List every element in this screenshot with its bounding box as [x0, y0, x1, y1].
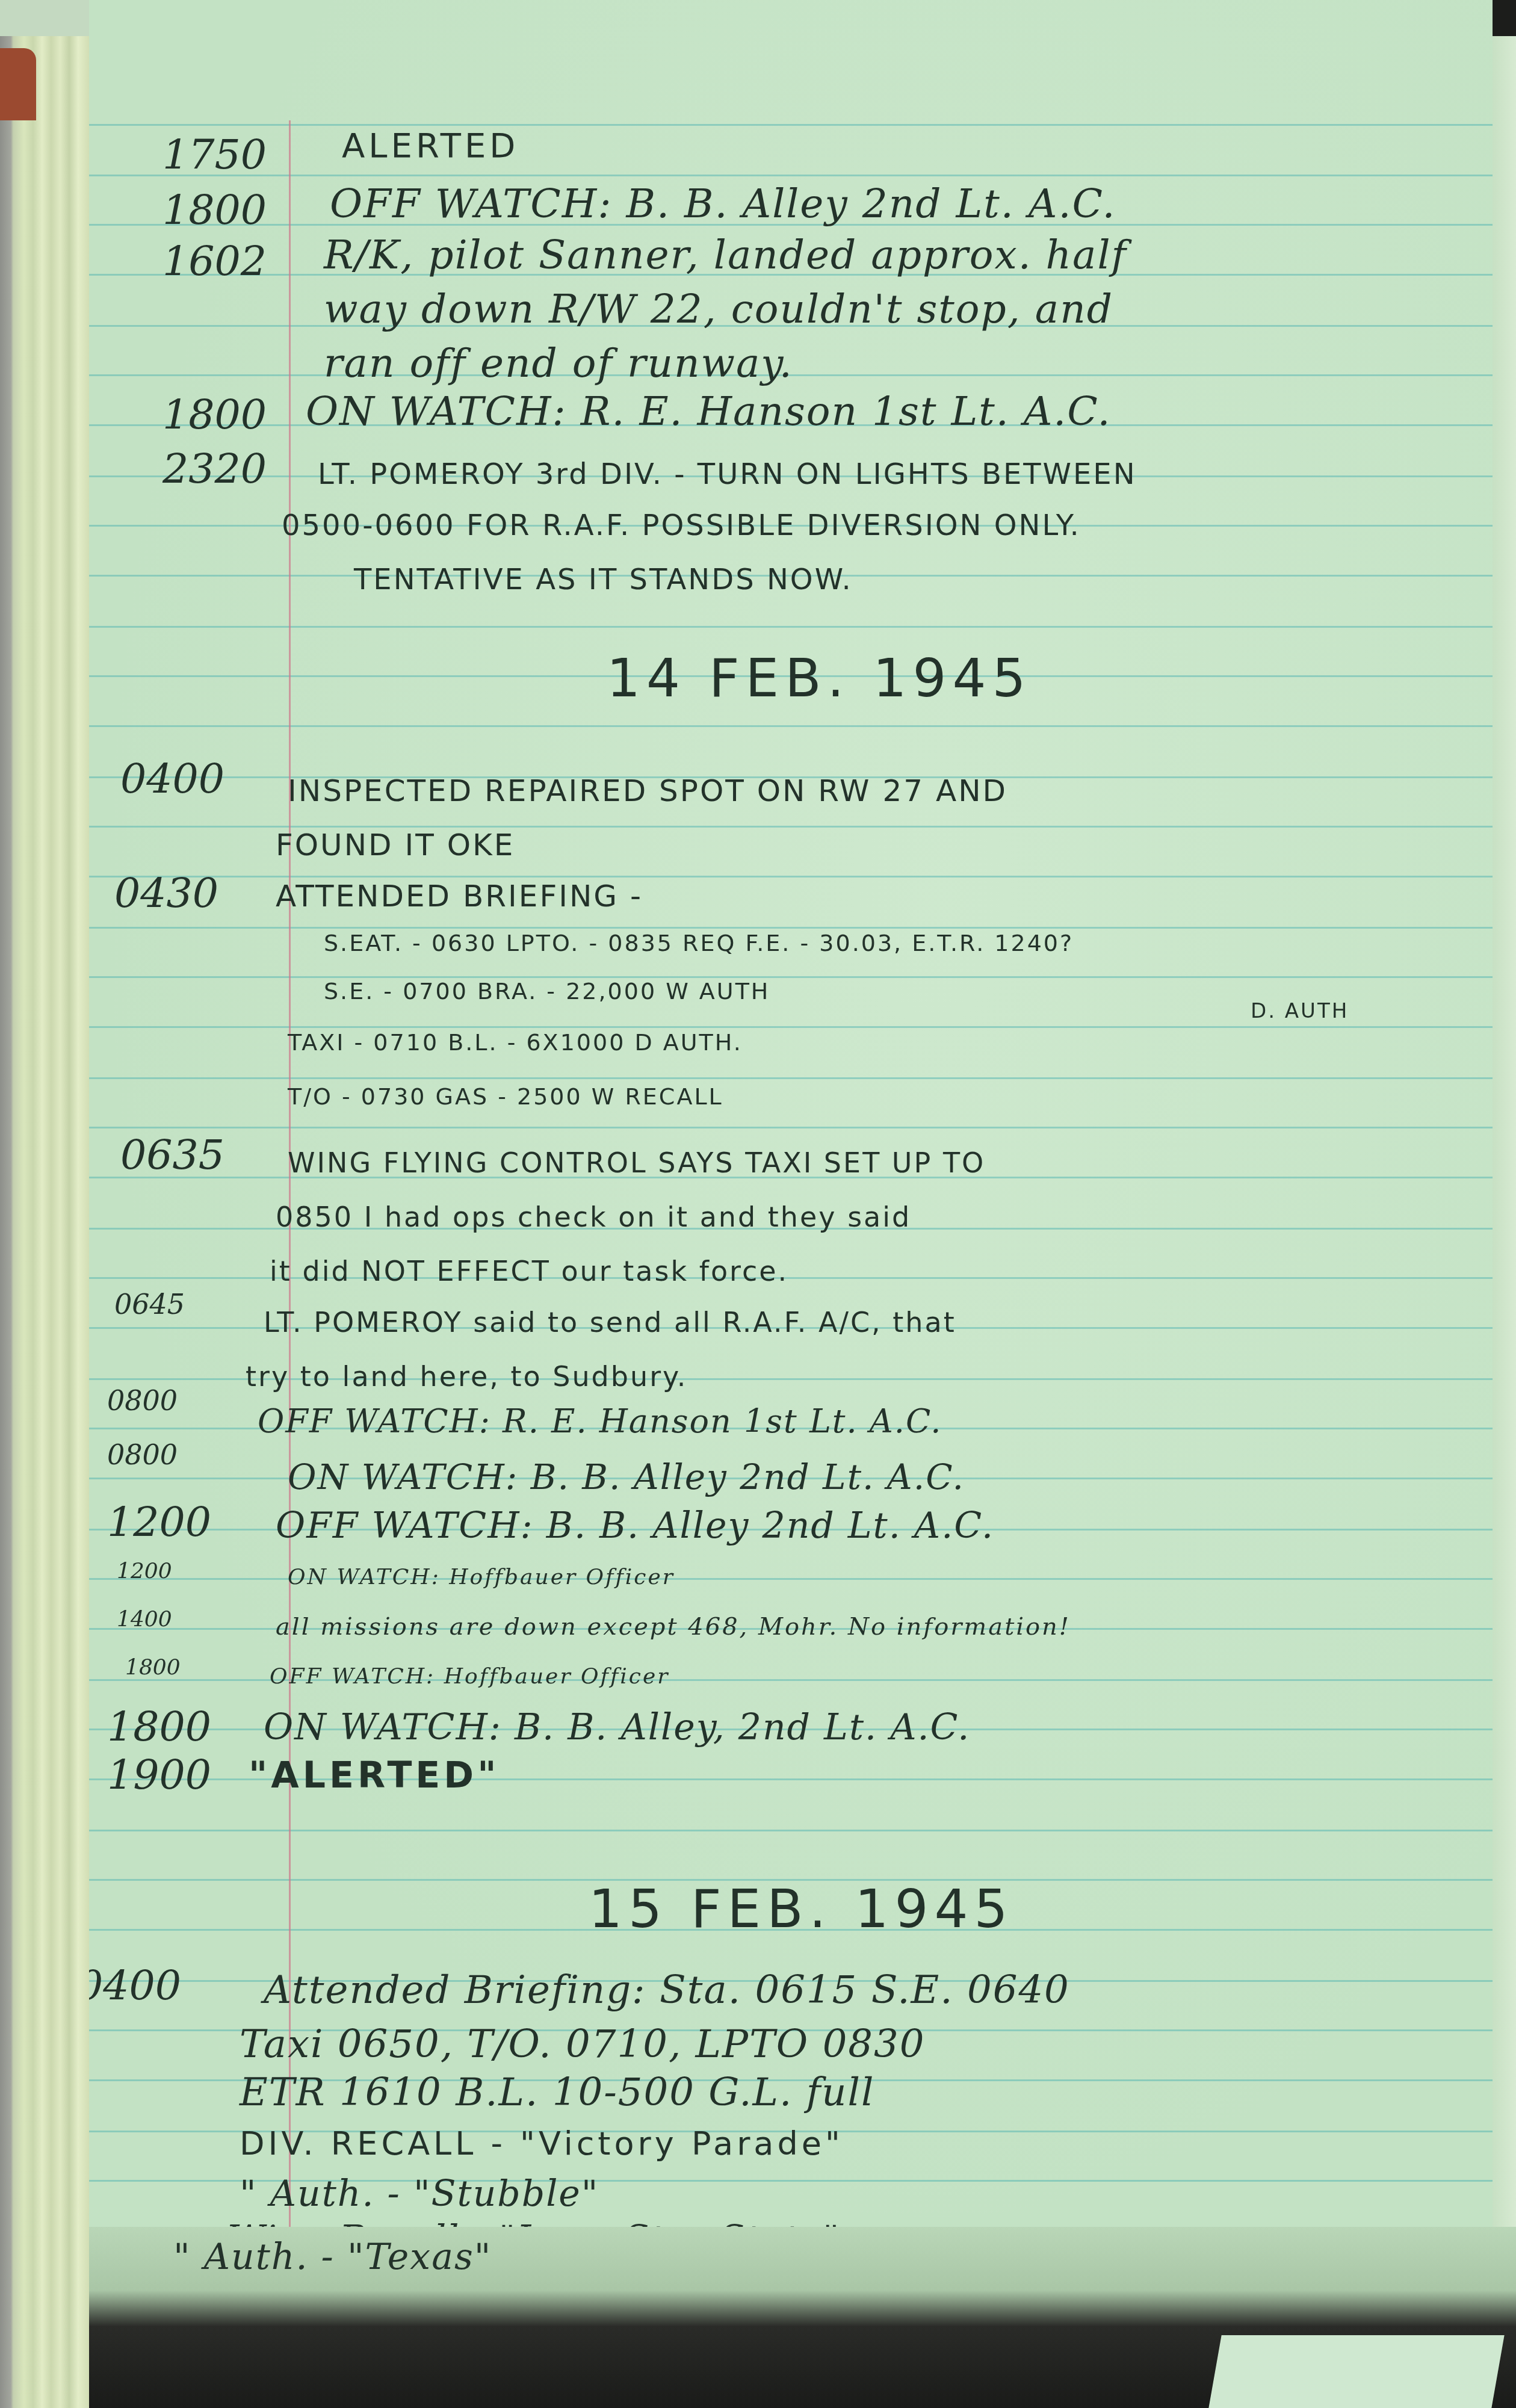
page-edges-left	[0, 36, 90, 2408]
date-heading: 15 FEB. 1945	[589, 1878, 1013, 1940]
entry-text: ON WATCH: B. B. Alley 2nd Lt. A.C.	[288, 1456, 965, 1497]
entry-text: ALERTED	[342, 126, 519, 166]
entry-text: LT. POMEROY said to send all R.A.F. A/C,…	[264, 1306, 956, 1339]
entry-text: try to land here, to Sudbury.	[246, 1360, 687, 1393]
ruled-line	[89, 876, 1493, 877]
log-page: 1750 ALERTED 1800 OFF WATCH: B. B. Alley…	[89, 0, 1493, 2251]
briefing-line: TAXI - 0710 B.L. - 6X1000 D AUTH.	[288, 1029, 743, 1056]
entry-text: ran off end of runway.	[324, 340, 793, 386]
entry-text: ON WATCH: Hoffbauer Officer	[288, 1565, 675, 1589]
loose-sheet-corner	[1208, 2335, 1504, 2408]
entry-time: 1602	[162, 238, 267, 285]
entry-text: ON WATCH: R. E. Hanson 1st Lt. A.C.	[306, 388, 1111, 435]
page-edges-right	[1491, 36, 1516, 2408]
entry-time: 0430	[114, 870, 218, 917]
ruled-line	[89, 1077, 1493, 1079]
entry-time: 1400	[117, 1607, 172, 1632]
entry-time: 2320	[162, 445, 267, 493]
entry-text: TENTATIVE AS IT STANDS NOW.	[354, 563, 853, 596]
entry-time: 1200	[107, 1499, 211, 1546]
entry-time: 0400	[120, 755, 224, 803]
ruled-line	[89, 1026, 1493, 1028]
entry-text: FOUND IT OKE	[276, 828, 515, 862]
entry-text: OFF WATCH: B. B. Alley 2nd Lt. A.C.	[276, 1505, 994, 1547]
entry-text: way down R/W 22, couldn't stop, and	[324, 286, 1113, 332]
entry-time: 0800	[107, 1438, 178, 1471]
margin-line	[289, 120, 291, 2251]
entry-time: 1800	[107, 1703, 211, 1751]
ruled-line	[89, 124, 1493, 126]
entry-text: Taxi 0650, T/O. 0710, LPTO 0830	[240, 2022, 926, 2067]
ruled-line	[89, 626, 1493, 628]
entry-text: "ALERTED"	[249, 1754, 500, 1797]
entry-text: ETR 1610 B.L. 10-500 G.L. full	[240, 2070, 875, 2115]
entry-text: OFF WATCH: R. E. Hanson 1st Lt. A.C.	[258, 1402, 942, 1440]
entry-time: 0800	[107, 1384, 178, 1417]
briefing-line: T/O - 0730 GAS - 2500 W RECALL	[288, 1083, 723, 1110]
entry-text: 0850 I had ops check on it and they said	[276, 1201, 911, 1233]
entry-time: 1800	[125, 1655, 181, 1680]
entry-time: 1800	[162, 187, 267, 234]
entry-text: " Auth. - "Texas"	[173, 2236, 492, 2278]
entry-text: " Auth. - "Stubble"	[240, 2173, 599, 2215]
ruled-line	[89, 927, 1493, 929]
entry-text: Attended Briefing: Sta. 0615 S.E. 0640	[264, 1968, 1070, 2013]
entry-time: 1750	[162, 131, 267, 179]
entry-text: DIV. RECALL - "Victory Parade"	[240, 2125, 844, 2162]
ruled-line	[89, 1830, 1493, 1831]
entry-time: 1200	[117, 1559, 172, 1583]
entry-time: 1800	[162, 391, 267, 439]
ruled-line	[89, 976, 1493, 978]
entry-text: 0500-0600 FOR R.A.F. POSSIBLE DIVERSION …	[282, 509, 1081, 542]
entry-text: INSPECTED REPAIRED SPOT ON RW 27 AND	[288, 773, 1007, 808]
briefing-line: S.E. - 0700 BRA. - 22,000 W AUTH	[324, 978, 770, 1004]
entry-time: 0645	[114, 1288, 185, 1320]
entry-text: WING FLYING CONTROL SAYS TAXI SET UP TO	[288, 1147, 985, 1179]
entry-text: OFF WATCH: Hoffbauer Officer	[270, 1664, 669, 1689]
entry-text: it did NOT EFFECT our task force.	[270, 1255, 788, 1287]
entry-text: ON WATCH: B. B. Alley, 2nd Lt. A.C.	[264, 1706, 970, 1748]
entry-time: 0400	[89, 1962, 181, 2010]
ruled-line	[89, 1127, 1493, 1128]
entry-time: 0635	[120, 1131, 224, 1179]
briefing-line: S.EAT. - 0630 LPTO. - 0835 REQ F.E. - 30…	[324, 930, 1074, 956]
briefing-line: D. AUTH	[1251, 999, 1349, 1023]
entry-text: all missions are down except 468, Mohr. …	[276, 1613, 1071, 1641]
entry-text: ATTENDED BRIEFING -	[276, 879, 643, 914]
entry-text: OFF WATCH: B. B. Alley 2nd Lt. A.C.	[330, 181, 1116, 227]
ruled-line	[89, 175, 1493, 176]
entry-time: 1900	[107, 1751, 211, 1799]
date-heading: 14 FEB. 1945	[607, 647, 1032, 709]
entry-text: LT. POMEROY 3rd DIV. - TURN ON LIGHTS BE…	[318, 457, 1137, 491]
ruled-line	[89, 725, 1493, 727]
entry-text: R/K, pilot Sanner, landed approx. half	[324, 232, 1127, 278]
